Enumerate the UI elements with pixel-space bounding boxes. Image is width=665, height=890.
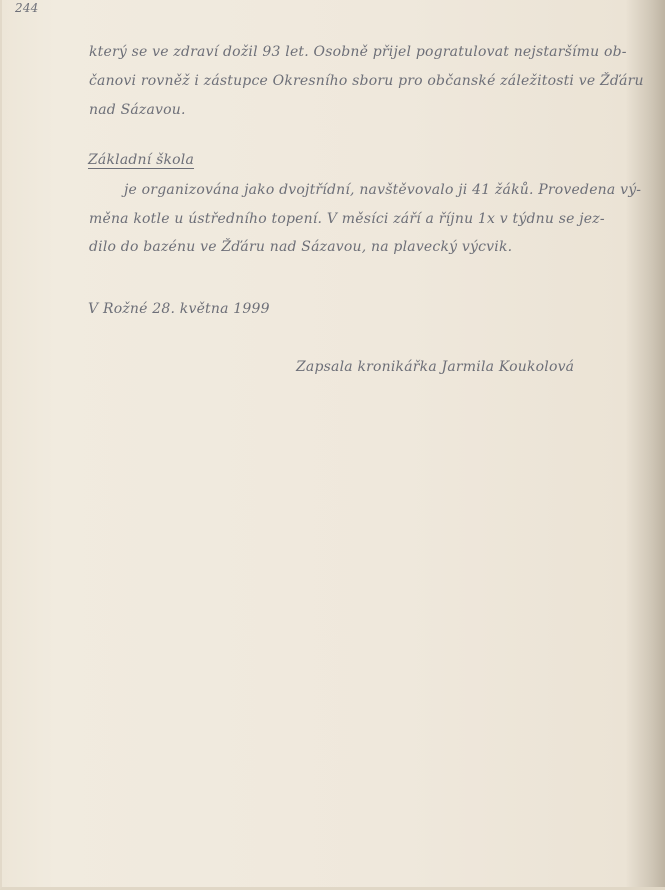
section-line: měna kotle u ústředního topení. V měsíci… <box>89 211 605 227</box>
paragraph-line: který se ve zdraví dožil 93 let. Osobně … <box>89 44 627 60</box>
section-line: dilo do bazénu ve Žďáru nad Sázavou, na … <box>89 239 512 255</box>
section-heading: Základní škola <box>88 152 194 168</box>
page-number: 244 <box>15 1 39 15</box>
signature: Zapsala kronikářka Jarmila Koukolová <box>296 359 574 375</box>
place-and-date: V Rožné 28. května 1999 <box>88 301 270 317</box>
chronicle-page: 244 který se ve zdraví dožil 93 let. Oso… <box>0 0 665 890</box>
paragraph-line: nad Sázavou. <box>89 102 186 118</box>
section-line: je organizována jako dvojtřídní, navštěv… <box>124 182 641 198</box>
paragraph-line: čanovi rovněž i zástupce Okresního sboru… <box>89 73 644 89</box>
